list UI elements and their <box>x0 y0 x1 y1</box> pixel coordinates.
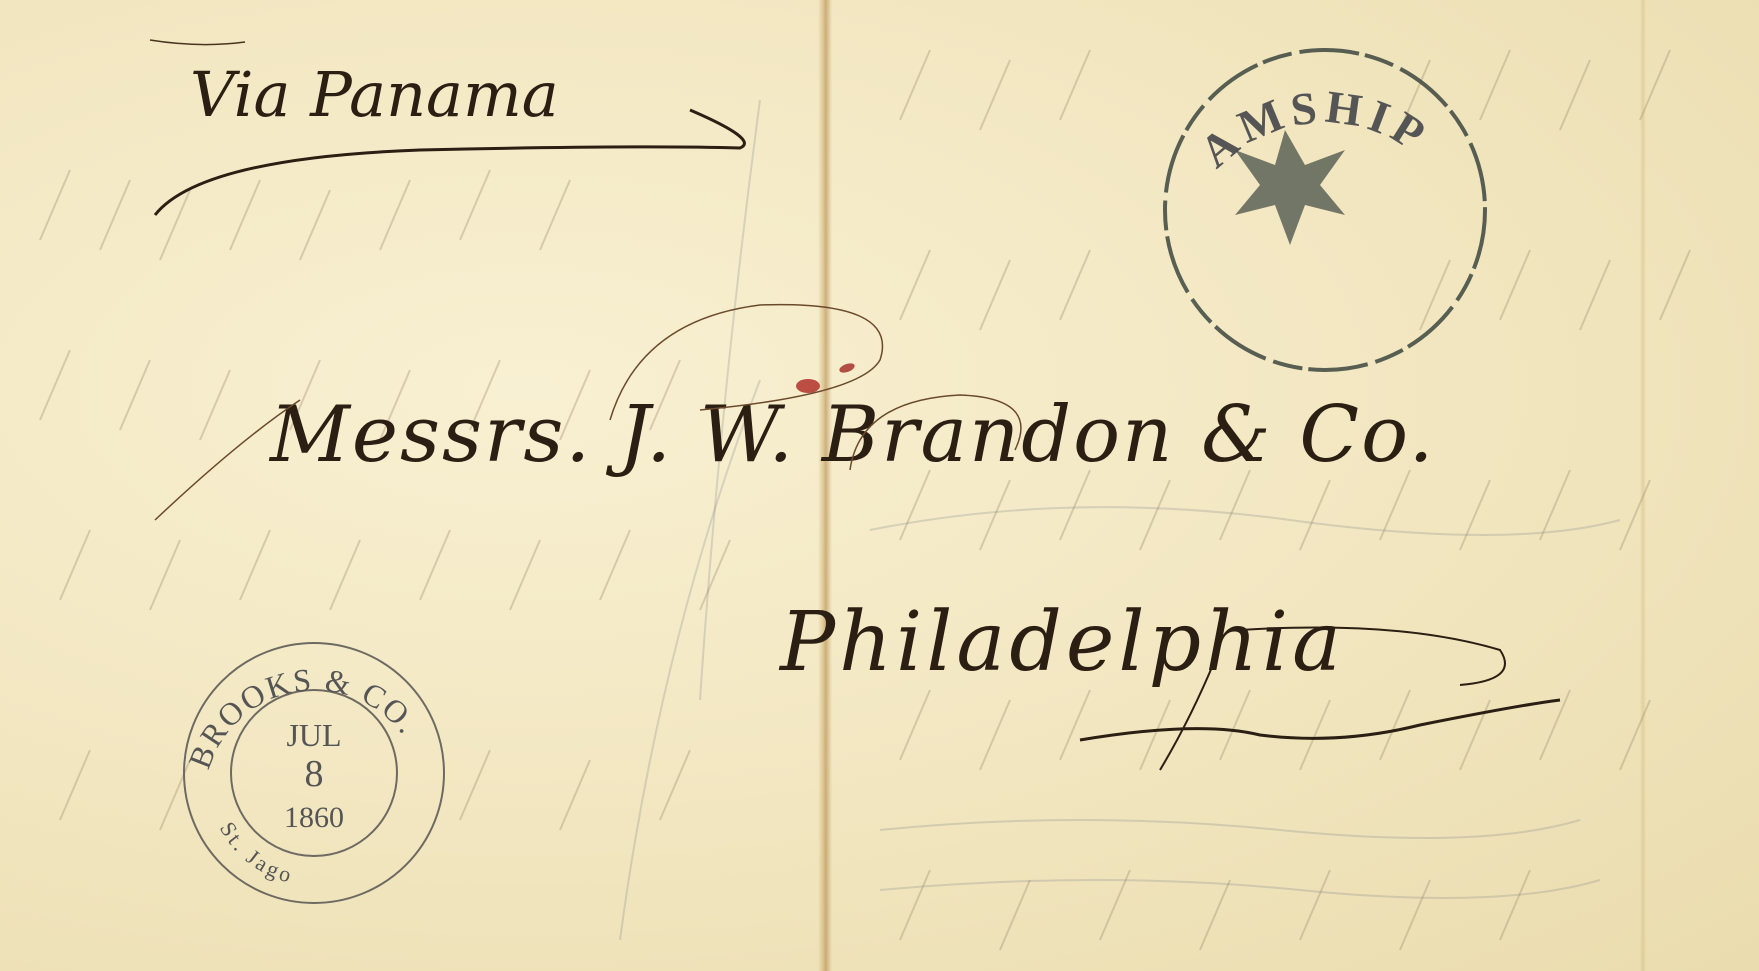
letter-cover: Via Panama Messrs. J. W. Brandon & Co. P… <box>0 0 1759 971</box>
date-year: 1860 <box>284 801 344 834</box>
date-month: JUL <box>286 717 341 753</box>
date-day: 8 <box>305 753 324 795</box>
